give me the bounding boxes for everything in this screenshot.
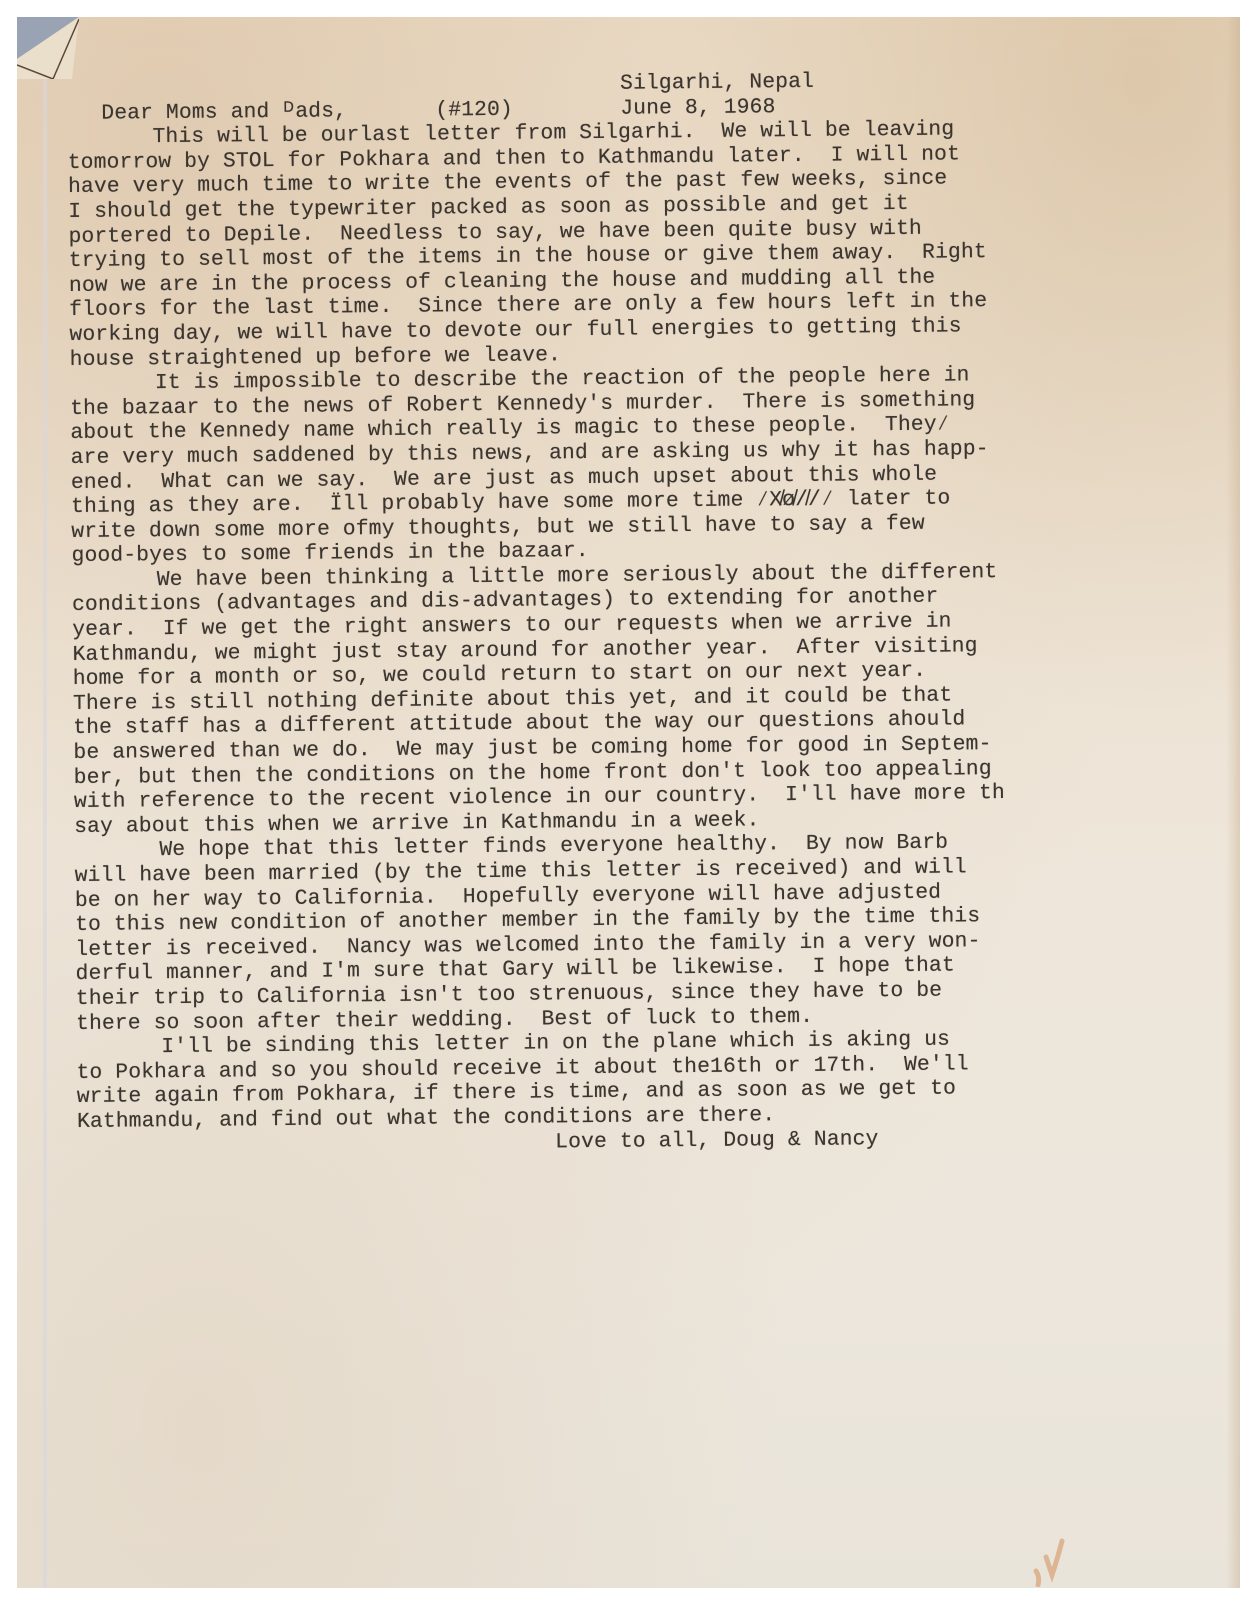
letter-date: June 8, 1968 xyxy=(620,95,775,121)
letter-page: Silgarhi, Nepal Dear Moms and ᴰads, (#12… xyxy=(17,17,1240,1588)
folded-corner-icon xyxy=(17,17,79,79)
salutation: Dear Moms and ᴰads, xyxy=(101,99,347,126)
checkmark-stain-icon xyxy=(1032,1527,1072,1587)
letter-number: (#120) xyxy=(435,97,513,122)
paper-fold-line xyxy=(43,17,47,1588)
letter-place: Silgarhi, Nepal xyxy=(620,70,814,96)
paper-edge-shadow xyxy=(1226,17,1240,1588)
letter-text: Silgarhi, Nepal Dear Moms and ᴰads, (#12… xyxy=(67,66,1197,1159)
